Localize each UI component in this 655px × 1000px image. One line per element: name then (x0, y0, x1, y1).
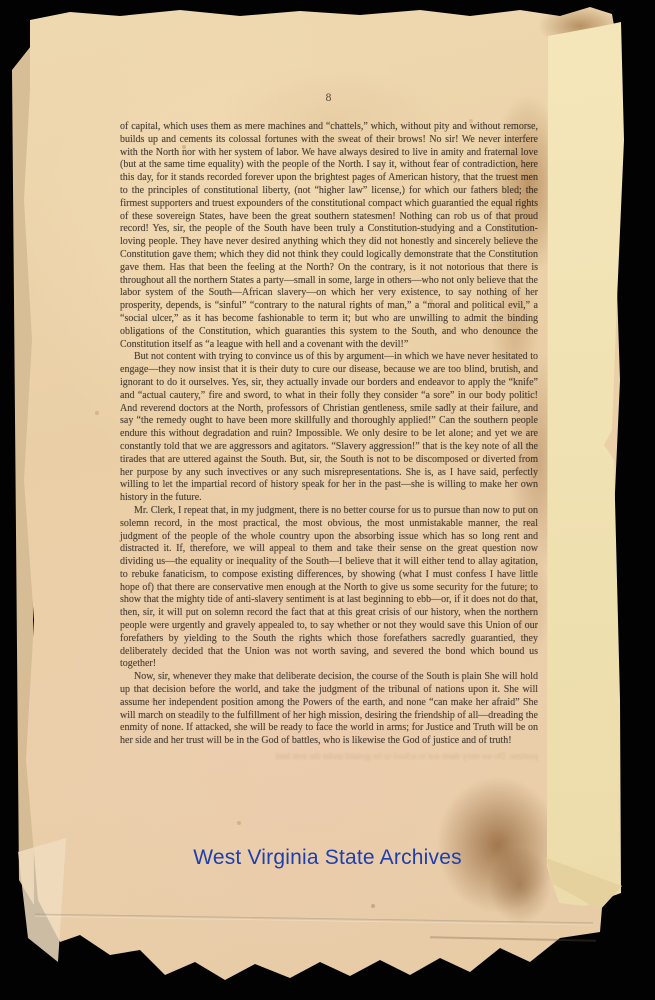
paragraph-3: Mr. Clerk, I repeat that, in my judgment… (120, 505, 538, 671)
printed-text-block: 8 of capital, which uses them as mere ma… (120, 92, 538, 762)
archive-caption: West Virginia State Archives (0, 846, 655, 870)
paragraph-4: Now, sir, whenever they make that delibe… (120, 671, 538, 748)
paper-speckles (0, 0, 2, 2)
page-number: 8 (120, 92, 538, 104)
archival-photo: 8 of capital, which uses them as mere ma… (0, 0, 655, 1000)
paragraph-2: But not content with trying to convince … (120, 351, 538, 505)
paragraph-1: of capital, which uses them as mere mach… (120, 121, 538, 351)
show-through-text: pastime. Do we envy them not to school t… (120, 751, 538, 762)
